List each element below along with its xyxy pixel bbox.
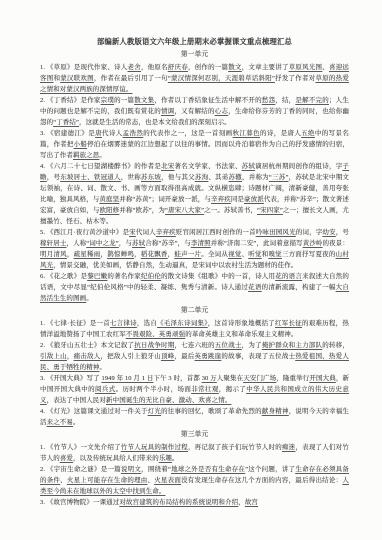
- underlined-phrase: 北宋: [161, 163, 174, 170]
- underlined-phrase: 抗日战争时期: [134, 342, 174, 349]
- underlined-phrase: 散文集: [134, 97, 154, 104]
- underlined-phrase: 吟咏田园风光: [256, 229, 296, 236]
- underlined-phrase: 宗璞: [101, 97, 114, 104]
- underlined-phrase: 愁怨: [262, 97, 275, 104]
- document-title: 部编新人教版语文六年级上册期末必掌握课文重点梳理汇总: [40, 36, 349, 48]
- underlined-phrase: 稼轩居士: [40, 240, 66, 247]
- underlined-phrase: 七言律诗: [110, 320, 137, 327]
- underlined-phrase: 孟浩然: [123, 130, 144, 137]
- underlined-phrase: 苏东坡: [141, 174, 161, 181]
- list-item: 2. 《狼牙山五壮士》本文记叙了抗日战争时期，七连六班的五位战士，为了掩护群众和…: [40, 340, 349, 373]
- underlined-phrase: 对故宫建筑的布局结构的系统说明和介绍: [119, 499, 238, 506]
- underlined-phrase: 痛击敌人: [74, 353, 101, 360]
- underlined-phrase: 纪伯伦: [141, 273, 161, 280]
- underlined-phrase: 苏洵: [195, 174, 208, 181]
- underlined-phrase: 不畏艰险、英勇顽强: [126, 331, 185, 338]
- underlined-phrase: 故宫: [245, 499, 258, 506]
- unit-heading: 第三单元: [40, 429, 349, 441]
- underlined-phrase: 幼安: [322, 229, 335, 236]
- underlined-phrase: 蒙汉联欢图: [60, 75, 94, 82]
- list-item: 6. 《花之歌》是黎巴嫩的著名作家纪伯伦的散文诗集《组歌》中的一首，诗人用花的语…: [40, 271, 349, 304]
- underlined-phrase: 喜爱: [60, 455, 73, 462]
- underlined-phrase: 视觉: [228, 251, 241, 258]
- document-page: 部编新人教版语文六年级上册期末必掌握课文重点梳理汇总 第一单元1. 《草原》是现…: [0, 0, 382, 540]
- underlined-phrase: 苏轼: [132, 240, 145, 247]
- underlined-phrase: 火星上可能存在生命的理由: [67, 477, 148, 484]
- underlined-phrase: 欧阳修: [100, 207, 120, 214]
- underlined-phrase: 东坡居士、铁冠道人: [60, 174, 121, 181]
- underlined-phrase: 羁旅之思: [73, 152, 99, 159]
- underlined-phrase: 掩护群众和主力部队: [262, 342, 322, 349]
- underlined-phrase: 痴迷: [282, 444, 295, 451]
- underlined-phrase: 竹节人玩具的制作过程: [121, 444, 188, 451]
- underlined-phrase: “唐宋八大家”: [165, 207, 204, 214]
- underlined-phrase: 五位战士: [215, 342, 242, 349]
- unit-heading: 第二单元: [40, 305, 349, 317]
- underlined-phrase: 黎巴嫩: [87, 273, 107, 280]
- underlined-phrase: 嗅觉: [268, 251, 281, 258]
- underlined-phrase: 说明文: [121, 466, 141, 473]
- underlined-phrase: 乐趣: [159, 455, 172, 462]
- underlined-phrase: 鹊惊蝉鸣: [107, 251, 134, 258]
- underlined-phrase: 天安门广场: [243, 375, 276, 382]
- underlined-phrase: “蒙汉情深何忍别，天涯碧草话斜阳”: [168, 75, 275, 82]
- underlined-phrase: 灯光: [148, 408, 161, 415]
- list-item: 1. 《草原》是现代作家、诗人老舍，他原名舒庆春，创作的一篇散文，文章主要讲了草…: [40, 62, 349, 95]
- underlined-phrase: 黄庭坚: [99, 196, 119, 203]
- underlined-phrase: 开国大典: [309, 375, 335, 382]
- underlined-phrase: 黄沙岭: [303, 240, 323, 247]
- list-item: 1. 《竹节人》一文先介绍了竹节人玩具的制作过程，再记叙了孩子们玩竹节人时的痴迷…: [40, 442, 349, 464]
- underlined-phrase: 30 万: [202, 375, 217, 382]
- underlined-phrase: 火星表面: [154, 477, 181, 484]
- list-item: 1. 《七律·长征》是一首七言律诗，选自《毛泽东诗词集》，这首诗形象地概括了红军…: [40, 318, 349, 340]
- underlined-phrase: 宋: [129, 229, 136, 236]
- list-item: 4. 《灯光》这篇课文通过对一件关于灯光的往事的回忆，歌颂了革命先烈的献身精神，…: [40, 406, 349, 428]
- underlined-phrase: 顶峰: [161, 353, 174, 360]
- underlined-phrase: 非常壮观: [191, 386, 219, 393]
- underlined-phrase: 大自然活生生的图画: [40, 284, 349, 302]
- underlined-phrase: 秋江暮色: [233, 130, 260, 137]
- underlined-phrase: “宋四家”: [257, 207, 283, 214]
- underlined-phrase: 1949 年 10 月 1 日: [101, 375, 153, 382]
- underlined-phrase: 来之不易: [47, 419, 73, 426]
- underlined-phrase: 散文: [228, 64, 241, 71]
- underlined-phrase: “词中之龙”: [86, 240, 118, 247]
- underlined-phrase: 地球之外是否有生命存在: [171, 466, 245, 473]
- list-item: 3. 《宿建德江》是唐代诗人孟浩然的代表作之一，这是一首刻画秋江暮色的诗，是唐人…: [40, 128, 349, 161]
- underlined-phrase: 辛弃疾: [211, 196, 231, 203]
- underlined-phrase: 苏轼: [242, 163, 255, 170]
- underlined-phrase: “三苏”: [269, 174, 289, 181]
- list-item: 3. 《故宫博物院》一课通过对故宫建筑的布局结构的系统说明和介绍，故宫: [40, 497, 349, 508]
- underlined-phrase: 辛弃疾: [156, 229, 176, 236]
- underlined-phrase: 唐: [95, 130, 102, 137]
- underlined-phrase: 小船: [74, 141, 87, 148]
- underlined-phrase: 稻花飘香: [141, 251, 168, 258]
- underlined-phrase: 是解不完的: [295, 97, 329, 104]
- list-item: 3. 《开国大典》写了 1949 年 10 月 1 日下午 3 时，首都 30 …: [40, 373, 349, 406]
- underlined-phrase: 心志: [215, 108, 228, 115]
- document-body: 第一单元1. 《草原》是现代作家、诗人老舍，他原名舒庆春，创作的一篇散文，文章主…: [40, 49, 349, 508]
- underlined-phrase: 献身精神: [262, 408, 289, 415]
- underlined-phrase: 听觉: [248, 251, 261, 258]
- list-item: 5. 《西江月·夜行黄沙道中》是宋代词人辛弃疾贬官闲居江西时创作的一首吟咏田园风…: [40, 227, 349, 271]
- underlined-phrase: 红军长征: [275, 320, 302, 327]
- unit-heading: 第一单元: [40, 49, 349, 61]
- underlined-phrase: 五绝: [301, 130, 315, 137]
- underlined-phrase: 蛙声一片: [174, 251, 201, 258]
- underlined-phrase: 新中国诞生的无比自豪、激动、欢喜之情。: [106, 397, 231, 404]
- underlined-phrase: 老舍: [128, 64, 141, 71]
- underlined-phrase: 苏辙: [229, 174, 242, 181]
- underlined-phrase: 情调: [161, 108, 174, 115]
- underlined-phrase: 豪放派: [244, 196, 264, 203]
- underlined-phrase: “丁香结”: [53, 119, 79, 126]
- underlined-phrase: 阅兵式: [95, 386, 116, 393]
- underlined-phrase: 《毛泽东诗词集》: [157, 320, 208, 327]
- underlined-phrase: 花语: [248, 284, 261, 291]
- underlined-phrase: 英勇跳崖: [195, 353, 222, 360]
- underlined-phrase: 引敌上山: [40, 353, 67, 360]
- list-item: 2. 《丁香结》是作家宗璞的一篇散文集，作者以丁香结象征生活中解不开的愁怨，结，…: [40, 95, 349, 128]
- underlined-phrase: 疏星稀雨: [74, 251, 101, 258]
- underlined-phrase: 李清照: [191, 240, 211, 247]
- list-item: 2. 《宇宙生命之谜》是一篇说明文，围绕着“地球之外是否有生命存在”这个问题，讲…: [40, 464, 349, 497]
- underlined-phrase: 花的语言: [275, 273, 302, 280]
- underlined-phrase: 舒庆春: [168, 64, 188, 71]
- underlined-phrase: 明月清风: [40, 251, 67, 258]
- underlined-phrase: 草原风光图: [289, 64, 323, 71]
- list-item: 4. 《六月二十七日望湖楼醉书》的作者是北宋著名文学家、书法家、苏轼谪居杭州期间…: [40, 161, 349, 227]
